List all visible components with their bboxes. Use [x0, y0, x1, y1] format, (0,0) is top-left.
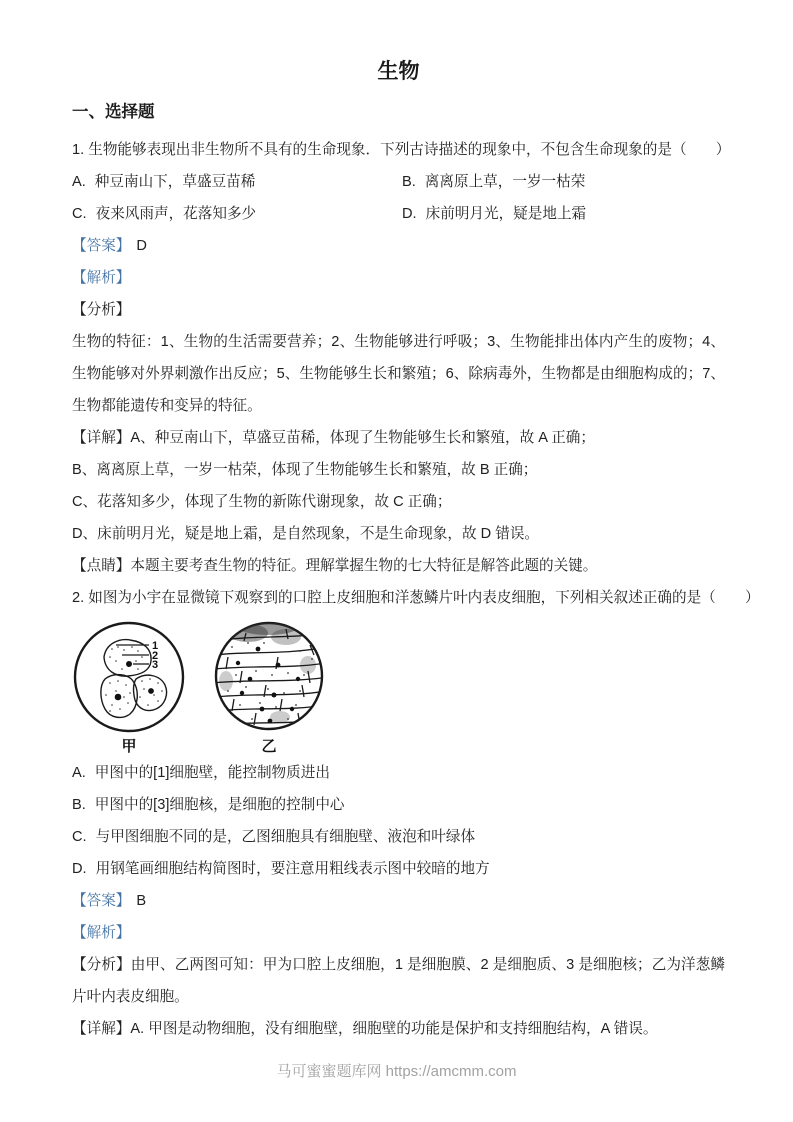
- option-text: 用钢笔画细胞结构简图时，要注意用粗线表示图中较暗的地方: [96, 861, 490, 877]
- dianjing-label: 【点睛】: [72, 558, 130, 574]
- option-key: D.: [72, 861, 87, 877]
- section-heading: 一、选择题: [72, 90, 725, 134]
- q1-xiangjie-line-d: D、床前明月光，疑是地上霜，是自然现象，不是生命现象，故 D 错误。: [72, 518, 725, 550]
- site-watermark: 马可蜜蜜题库网 https://amcmm.com: [0, 1060, 793, 1084]
- figure-caption-yi: 乙: [261, 738, 276, 755]
- option-key: B.: [402, 174, 416, 190]
- fenxi-label: 【分析】: [72, 957, 131, 973]
- fenxi-text: 由甲、乙两图可知：甲为口腔上皮细胞，1 是细胞膜、2 是细胞质、3 是细胞核；乙…: [72, 957, 725, 1005]
- q2-option-a: A.甲图中的[1]细胞壁，能控制物质进出: [72, 757, 725, 789]
- option-key: C.: [72, 829, 87, 845]
- q1-option-d: D.床前明月光，疑是地上霜: [402, 198, 725, 230]
- answer-label: 【答案】: [72, 893, 130, 909]
- q1-xiangjie-line-b: B、离离原上草，一岁一枯荣，体现了生物能够生长和繁殖，故 B 正确；: [72, 454, 725, 486]
- option-text: 甲图中的[1]细胞壁，能控制物质进出: [95, 765, 330, 781]
- q2-option-c: C.与甲图细胞不同的是，乙图细胞具有细胞壁、液泡和叶绿体: [72, 821, 725, 853]
- q2-stem: 2. 如图为小宇在显微镜下观察到的口腔上皮细胞和洋葱鳞片叶内表皮细胞，下列相关叙…: [72, 582, 725, 614]
- q1-answer-value: D: [136, 238, 147, 254]
- q2-option-d: D.用钢笔画细胞结构简图时，要注意用粗线表示图中较暗的地方: [72, 853, 725, 885]
- option-key: D.: [402, 206, 417, 222]
- q2-option-b: B.甲图中的[3]细胞核，是细胞的控制中心: [72, 789, 725, 821]
- xiangjie-label: 【详解】: [72, 1021, 130, 1037]
- figure-caption-jia: 甲: [121, 738, 136, 755]
- q1-options: A.种豆南山下，草盛豆苗稀 B.离离原上草，一岁一枯荣 C.夜来风雨声，花落知多…: [72, 166, 725, 230]
- q2-jiexi-label: 【解析】: [72, 917, 725, 949]
- option-text: 床前明月光，疑是地上霜: [426, 206, 587, 222]
- q1-fenxi-label: 【分析】: [72, 294, 725, 326]
- option-text: 与甲图细胞不同的是，乙图细胞具有细胞壁、液泡和叶绿体: [96, 829, 475, 845]
- q1-dianjing-line: 【点睛】本题主要考查生物的特征。理解掌握生物的七大特征是解答此题的关键。: [72, 550, 725, 582]
- answer-label: 【答案】: [72, 238, 130, 254]
- option-key: A.: [72, 174, 86, 190]
- dianjing-text: 本题主要考查生物的特征。理解掌握生物的七大特征是解答此题的关键。: [130, 558, 597, 574]
- option-key: B.: [72, 797, 86, 813]
- xiangjie-text: A、种豆南山下，草盛豆苗稀，体现了生物能够生长和繁殖，故 A 正确；: [130, 430, 595, 446]
- q2-answer-value: B: [136, 893, 146, 909]
- q1-xiangjie-line-a: 【详解】A、种豆南山下，草盛豆苗稀，体现了生物能够生长和繁殖，故 A 正确；: [72, 422, 725, 454]
- q1-option-a: A.种豆南山下，草盛豆苗稀: [72, 166, 402, 198]
- microscope-view-yi: 乙: [212, 617, 330, 757]
- option-key: A.: [72, 765, 86, 781]
- q1-fenxi-text: 生物的特征：1、生物的生活需要营养；2、生物能够进行呼吸；3、生物能排出体内产生…: [72, 326, 725, 422]
- xiangjie-text: A. 甲图是动物细胞，没有细胞壁，细胞壁的功能是保护和支持细胞结构，A 错误。: [130, 1021, 657, 1037]
- q2-fenxi-line: 【分析】由甲、乙两图可知：甲为口腔上皮细胞，1 是细胞膜、2 是细胞质、3 是细…: [72, 949, 725, 1013]
- option-text: 甲图中的[3]细胞核，是细胞的控制中心: [95, 797, 345, 813]
- q2-figure: 1 2 3 甲: [72, 617, 725, 757]
- page-title: 生物: [72, 54, 725, 90]
- q1-stem: 1. 生物能够表现出非生物所不具有的生命现象．下列古诗描述的现象中，不包含生命现…: [72, 134, 725, 166]
- q1-option-c: C.夜来风雨声，花落知多少: [72, 198, 402, 230]
- microscope-view-jia: 1 2 3 甲: [72, 617, 200, 757]
- q1-answer-line: 【答案】D: [72, 230, 725, 262]
- q1-jiexi-label: 【解析】: [72, 262, 725, 294]
- option-key: C.: [72, 206, 87, 222]
- q1-option-b: B.离离原上草，一岁一枯荣: [402, 166, 725, 198]
- q1-xiangjie-line-c: C、花落知多少，体现了生物的新陈代谢现象，故 C 正确；: [72, 486, 725, 518]
- option-text: 离离原上草，一岁一枯荣: [425, 174, 586, 190]
- q2-answer-line: 【答案】B: [72, 885, 725, 917]
- document-content: 生物 一、选择题 1. 生物能够表现出非生物所不具有的生命现象．下列古诗描述的现…: [72, 54, 725, 1045]
- xiangjie-label: 【详解】: [72, 430, 130, 446]
- q2-xiangjie-line: 【详解】A. 甲图是动物细胞，没有细胞壁，细胞壁的功能是保护和支持细胞结构，A …: [72, 1013, 725, 1045]
- option-text: 种豆南山下，草盛豆苗稀: [95, 174, 256, 190]
- option-text: 夜来风雨声，花落知多少: [96, 206, 257, 222]
- document-page: 生物 一、选择题 1. 生物能够表现出非生物所不具有的生命现象．下列古诗描述的现…: [0, 0, 793, 1122]
- callout-3: 3: [152, 659, 158, 671]
